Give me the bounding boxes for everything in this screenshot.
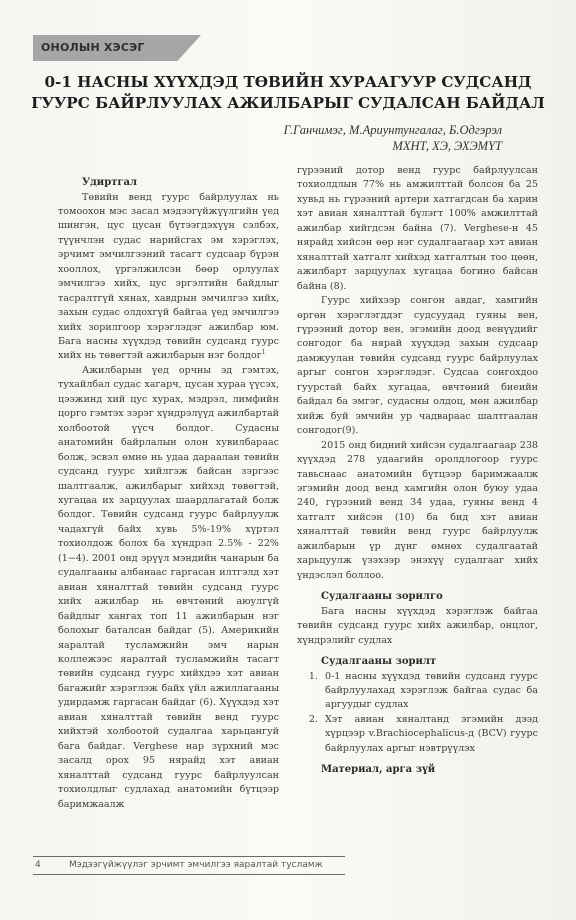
page-footer: 4 Мэдээгүйжүүлэг эрчимт эмчилгээ яаралта… [33,856,345,875]
objective-item: 0-1 насны хүүхдэд төвийн судсанд гуурс б… [321,670,538,713]
body-paragraph-vessels: Гуурс хийхээр сонгон авдаг, хамгийн өргө… [297,294,538,439]
footnote-ref: 1 [262,349,266,356]
authors: Г.Ганчимэг, М.Ариунтунгалаг, Б.Одгэрэл [284,122,502,138]
affiliations: МХНТ, ХЭ, ЭХЭМҮТ [284,138,502,154]
journal-name: Мэдээгүйжүүлэг эрчимт эмчилгээ яаралтай … [69,860,323,870]
objectives-list: 0-1 насны хүүхдэд төвийн судсанд гуурс б… [297,670,538,757]
goal-heading: Судалгааны зорилго [297,590,538,605]
right-column: гүрээний дотор венд гуурс байрлуулсан то… [297,164,538,778]
intro-paragraph-1: Төвийн венд гуурс байрлуулах нь томоохон… [58,191,279,364]
methods-heading: Материал, арга зүй [297,763,538,778]
title-line-2: ГУУРС БАЙРЛУУЛАХ АЖИЛБАРЫГ СУДАЛСАН БАЙД… [30,93,546,114]
journal-page: ОНОЛЫН ХЭСЭГ 0-1 НАСНЫ ХҮҮХДЭД ТӨВИЙН ХУ… [0,0,576,920]
intro-heading: Удиртгал [58,176,279,191]
article-title: 0-1 НАСНЫ ХҮҮХДЭД ТӨВИЙН ХУРААГУУР СУДСА… [30,72,546,114]
goal-text: Бага насны хүүхдэд хэрэглэж байгаа төвий… [297,605,538,648]
body-paragraph-2015-study: 2015 онд бидний хийсэн судалгаагаар 238 … [297,439,538,584]
author-block: Г.Ганчимэг, М.Ариунтунгалаг, Б.Одгэрэл М… [284,122,502,154]
body-paragraph-continued: гүрээний дотор венд гуурс байрлуулсан то… [297,164,538,294]
objectives-heading: Судалгааны зорилт [297,655,538,670]
objective-item: Хэт авиан хяналтанд эгэмийн дээд хүрцээр… [321,713,538,756]
page-number: 4 [35,860,41,870]
title-line-1: 0-1 НАСНЫ ХҮҮХДЭД ТӨВИЙН ХУРААГУУР СУДСА… [30,72,546,93]
section-tag-label: ОНОЛЫН ХЭСЭГ [41,41,145,54]
intro-paragraph-2: Ажилбарын үед орчны эд гэмтэх, тухайлбал… [58,364,279,812]
left-column: Удиртгал Төвийн венд гуурс байрлуулах нь… [58,176,279,812]
section-tag: ОНОЛЫН ХЭСЭГ [33,35,201,61]
